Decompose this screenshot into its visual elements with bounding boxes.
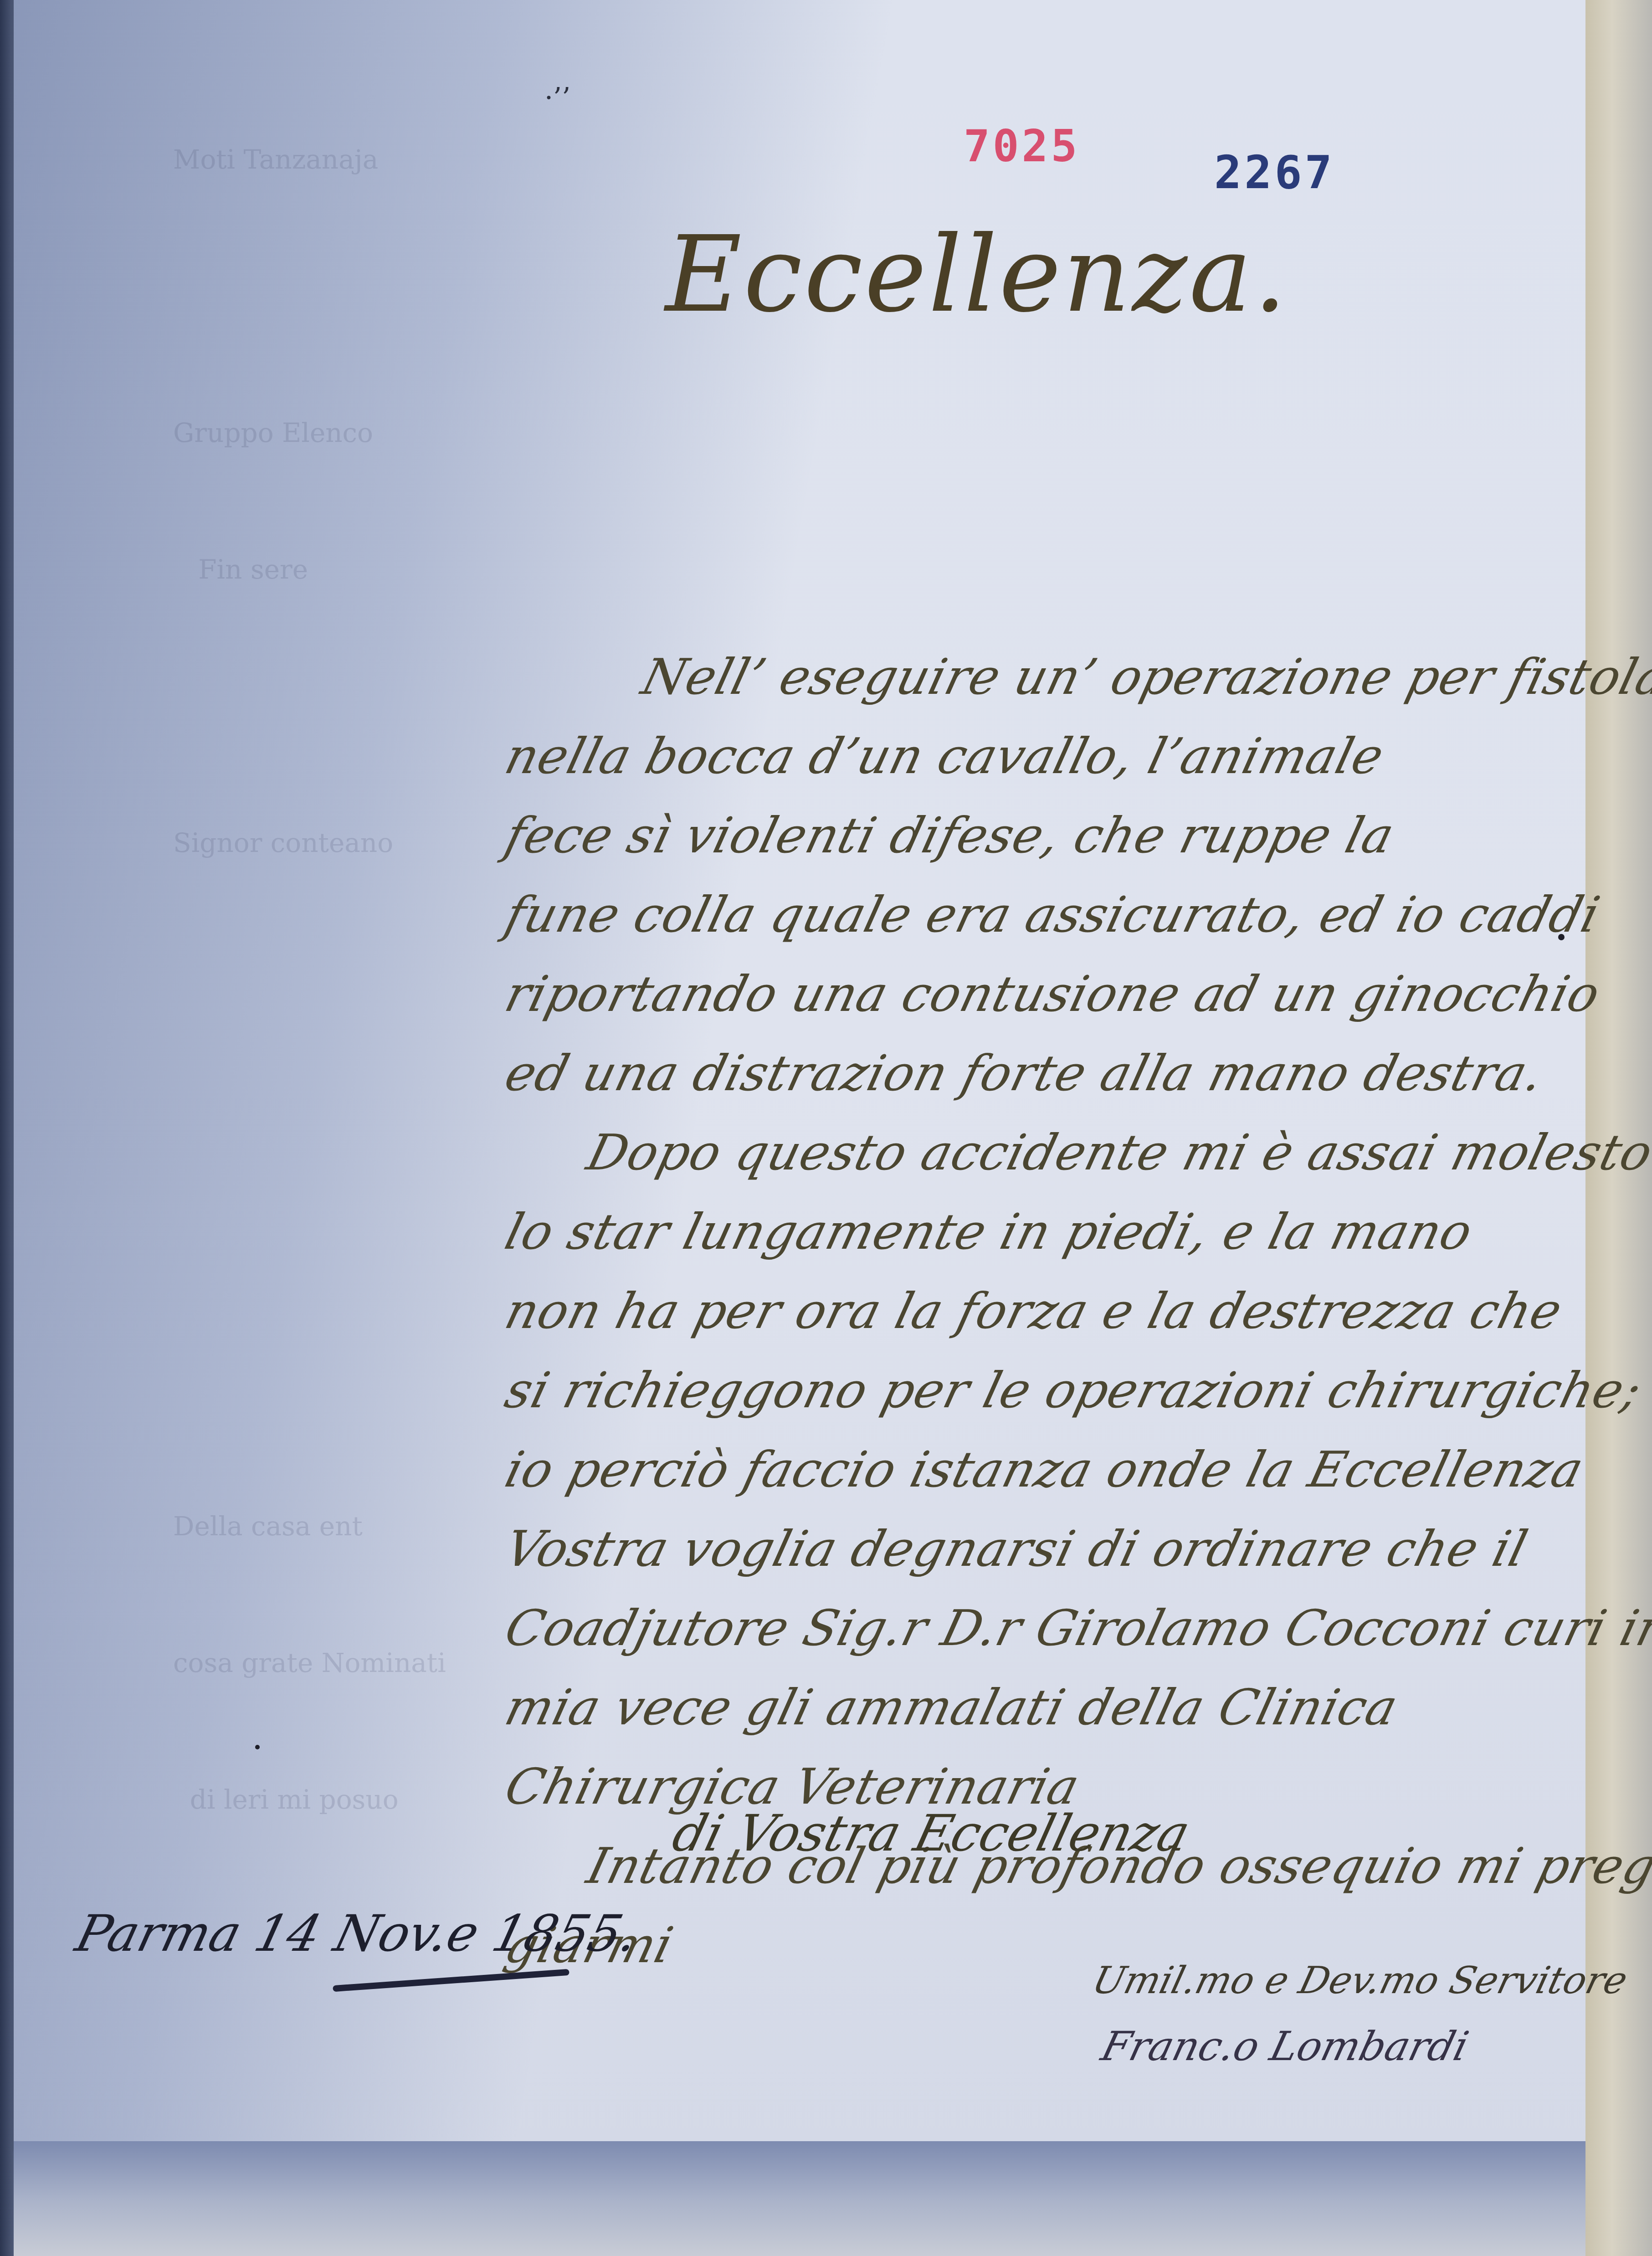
place-and-date: Parma 14 Nov.e 1855. xyxy=(70,1904,644,1963)
top-ink-mark: ·’’ xyxy=(544,82,570,114)
bleed-through-text: Moti Tanzanaja Gruppo Elenco Fin sere Si… xyxy=(173,46,492,1868)
bleed-line: di leri mi posuo xyxy=(173,1777,492,1822)
ink-speck xyxy=(255,1745,260,1749)
body-line: fune colla quale era assicurato, ed io c… xyxy=(497,876,1614,955)
bleed-line xyxy=(173,683,492,729)
bleed-line: Moti Tanzanaja xyxy=(173,137,492,182)
body-line: mia vece gli ammalati della Clinica xyxy=(497,1668,1614,1748)
body-line: Coadjutore Sig.r D.r Girolamo Cocconi cu… xyxy=(497,1589,1614,1668)
body-line: Nell’ eseguire un’ operazione per fistol… xyxy=(497,638,1614,717)
bleed-line xyxy=(173,1230,492,1276)
ink-dot xyxy=(1558,934,1565,940)
bleed-line xyxy=(173,1093,492,1139)
bleed-line: cosa grate Nominati xyxy=(173,1640,492,1686)
bleed-line xyxy=(173,273,492,319)
archive-stamp-blue: 2267 xyxy=(1214,146,1335,199)
bleed-line xyxy=(173,1367,492,1412)
body-line: Vostra voglia degnarsi di ordinare che i… xyxy=(497,1510,1614,1589)
bleed-line: Signor conteano xyxy=(173,820,492,866)
body-line: ed una distrazion forte alla mano destra… xyxy=(497,1034,1614,1113)
body-line: non ha per ora la forza e la destrezza c… xyxy=(497,1272,1614,1351)
bleed-line: Della casa ent xyxy=(173,1503,492,1549)
salutation-heading: Eccellenza. xyxy=(665,214,1288,336)
bleed-line xyxy=(173,957,492,1002)
body-line: riportando una contusione ad un ginocchi… xyxy=(497,955,1614,1034)
signature-title: Umil.mo e Dev.mo Servitore xyxy=(1088,1959,1631,2002)
archive-stamp-red: 7025 xyxy=(964,121,1080,172)
bleed-line: Fin sere xyxy=(173,547,492,592)
letter-body: Nell’ eseguire un’ operazione per fistol… xyxy=(497,638,1595,1985)
body-line: io perciò faccio istanza onde la Eccelle… xyxy=(497,1431,1614,1510)
body-line: lo star lungamente in piedi, e la mano xyxy=(497,1193,1614,1272)
body-line: fece sì violenti difese, che ruppe la xyxy=(497,796,1614,876)
body-line: Dopo questo accidente mi è assai molesto xyxy=(497,1113,1614,1193)
body-line: si richieggono per le operazioni chirurg… xyxy=(497,1351,1614,1431)
page-bottom-fold xyxy=(14,2141,1595,2256)
bleed-line: Gruppo Elenco xyxy=(173,410,492,456)
signature-name: Franc.o Lombardi xyxy=(1097,2023,1473,2070)
closing-formula: di Vostra Eccellenza xyxy=(667,1804,1195,1862)
body-line: nella bocca d’un cavallo, l’animale xyxy=(497,717,1614,796)
